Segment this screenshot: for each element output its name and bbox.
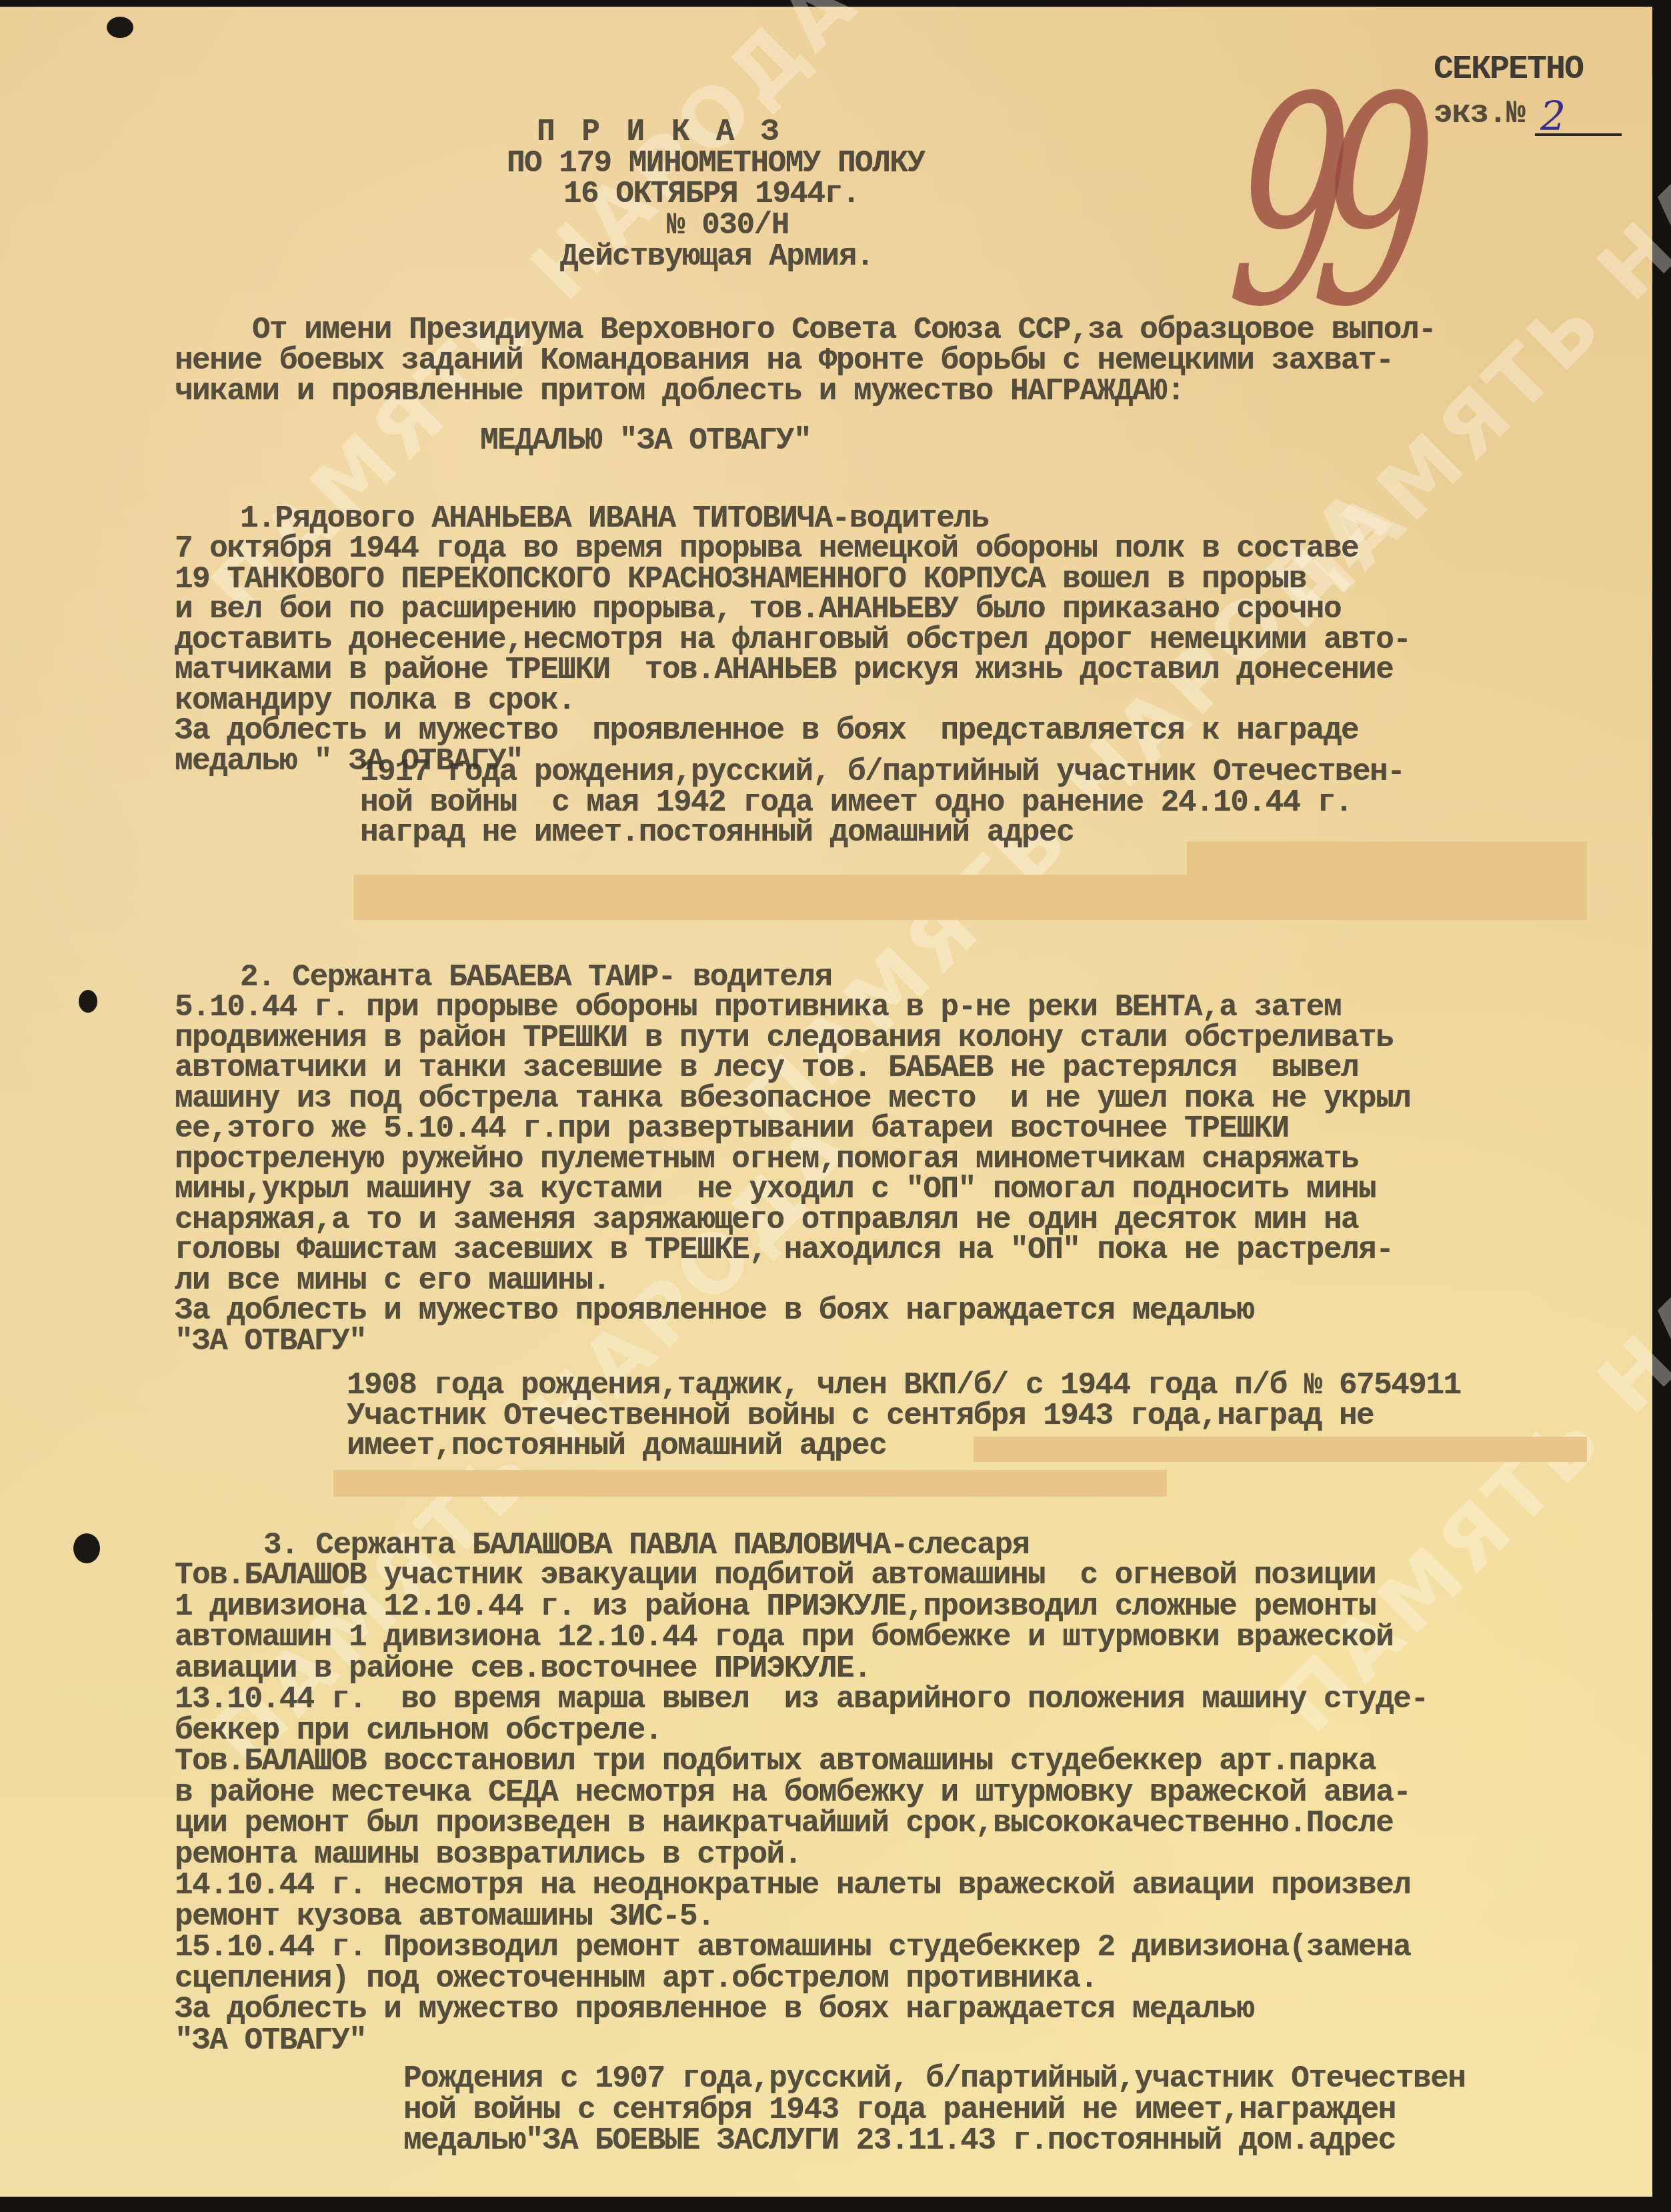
entry-body-line: снаряжая,а то и заменяя заряжающего отпр… [175,1205,1358,1235]
redacted-address [333,1470,1167,1497]
entry-body-line: За доблесть и мужество проявленное в боя… [175,1295,1254,1326]
entry-body-line: мины,укрыл машину за кустами не уходил с… [175,1174,1376,1205]
entry-body-line: 1 дивизиона 12.10.44 г. из района ПРИЭКУ… [175,1591,1376,1622]
entry-body-line: командиру полка в срок. [175,685,575,716]
entry-body-line: За доблесть и мужество проявленное в боя… [175,715,1358,746]
entry-body-line: Тов.БАЛАШОВ восстановил три подбитых авт… [175,1746,1376,1777]
entry-bio-line: Рождения с 1907 года,русский, б/партийны… [403,2063,1465,2094]
entry-body-line: продвижения в район ТРЕШКИ в пути следов… [175,1023,1393,1053]
entry-bio-line: 1908 года рождения,таджик, член ВКП/б/ с… [347,1370,1461,1401]
entry-body-line: 14.10.44 г. несмотря на неоднократные на… [175,1870,1410,1901]
entry-bio-line: имеет,постоянный домашний адрес [347,1431,886,1461]
entry-body-line: 7 октября 1944 года во время прорыва нем… [175,533,1358,564]
entry-body-line: ли все мины с его машины. [175,1265,610,1296]
handwritten-sheet-number: 99 [1222,60,1416,347]
order-date: 16 ОКТЯБРЯ 1944г. [563,179,860,209]
redacted-address [1187,841,1587,876]
entry-body-line: За доблесть и мужество проявленное в боя… [175,1994,1254,2025]
entry-heading: 2. Сержанта БАБАЕВА ТАИР- водителя [240,962,832,993]
entry-body-line: "ЗА ОТВАГУ" [175,2025,366,2056]
entry-bio-line: медалью"ЗА БОЕВЫЕ ЗАСЛУГИ 23.11.43 г.пос… [403,2125,1396,2156]
redacted-address [353,875,1587,920]
entry-body-line: матчиками в районе ТРЕШКИ тов.АНАНЬЕВ ри… [175,655,1393,685]
punch-hole [107,17,133,38]
entry-body-line: ремонт кузова автомашины ЗИС-5. [175,1901,714,1932]
entry-body-line: 15.10.44 г. Производил ремонт автомашины… [175,1932,1410,1963]
entry-body-line: и вел бои по расширению прорыва, тов.АНА… [175,594,1341,625]
order-subtitle: ПО 179 МИНОМЕТНОМУ ПОЛКУ [507,148,925,179]
entry-body-line: авиации в районе сев.восточнее ПРИЭКУЛЕ. [175,1653,871,1684]
order-location: Действующая Армия. [560,241,874,272]
copy-label: экз.№ [1434,99,1525,129]
entry-body-line: "ЗА ОТВАГУ" [175,1326,366,1357]
entry-body-line: машину из под обстрела танка вбезопасное… [175,1083,1410,1114]
entry-bio-line: наград не имеет.постоянный домашний адре… [360,817,1074,848]
entry-body-line: беккер при сильном обстреле. [175,1715,662,1746]
copy-underline [1535,133,1622,136]
punch-hole [73,1533,100,1563]
entry-body-line: головы Фашистам засевших в ТРЕШКЕ, наход… [175,1235,1393,1265]
entry-body-line: 19 ТАНКОВОГО ПЕРЕКОПСКОГО КРАСНОЗНАМЕННО… [175,564,1306,595]
order-title: П Р И К А З [537,117,783,147]
preamble-line: чиками и проявленные притом доблесть и м… [175,376,1184,407]
redacted-address [974,1437,1587,1462]
secret-stamp: СЕКРЕТНО [1434,53,1583,87]
entry-body-line: автомашин 1 дивизиона 12.10.44 года при … [175,1622,1393,1653]
entry-body-line: Тов.БАЛАШОВ участник эвакуации подбитой … [175,1560,1376,1591]
entry-body-line: доставить донесение,несмотря на фланговы… [175,625,1410,655]
entry-heading: 3. Сержанта БАЛАШОВА ПАВЛА ПАВЛОВИЧА-сле… [263,1530,1030,1561]
entry-bio-line: ной войны с сентября 1943 года ранений н… [403,2095,1396,2125]
entry-bio-line: ной войны с мая 1942 года имеет одно ран… [360,787,1352,818]
entry-body-line: 13.10.44 г. во время марша вывел из авар… [175,1684,1428,1715]
entry-body-line: ее,этого же 5.10.44 г.при развертывании … [175,1113,1289,1144]
document-page: ПАМЯТЬ НАРОДА ПАМЯТЬ НАРОДА ПАМЯТЬ НАРОД… [0,7,1652,2197]
entry-body-line: 5.10.44 г. при прорыве обороны противник… [175,992,1341,1023]
entry-body-line: в районе местечка СЕДА несмотря на бомбе… [175,1777,1410,1808]
punch-hole [79,990,97,1013]
entry-body-line: простреленую ружейно пулеметным огнем,по… [175,1144,1358,1175]
preamble-line: От имени Президиума Верховного Совета Со… [252,315,1436,345]
entry-bio-line: Участник Отечественной войны с сентября … [347,1401,1374,1431]
medal-heading: МЕДАЛЬЮ "ЗА ОТВАГУ" [480,425,811,456]
preamble-line: нение боевых заданий Командования на Фро… [175,345,1393,376]
entry-body-line: ремонта машины возвратились в строй. [175,1839,801,1870]
entry-body-line: сцепления) под ожесточенным арт.обстрело… [175,1963,1098,1994]
entry-body-line: автоматчики и танки засевшие в лесу тов.… [175,1053,1358,1083]
entry-bio-line: 1917 года рождения,русский, б/партийный … [360,757,1404,787]
entry-body-line: ции ремонт был произведен в наикратчайши… [175,1808,1393,1839]
entry-heading: 1.Рядового АНАНЬЕВА ИВАНА ТИТОВИЧА-водит… [240,503,989,534]
order-number: № 030/Н [667,210,789,241]
